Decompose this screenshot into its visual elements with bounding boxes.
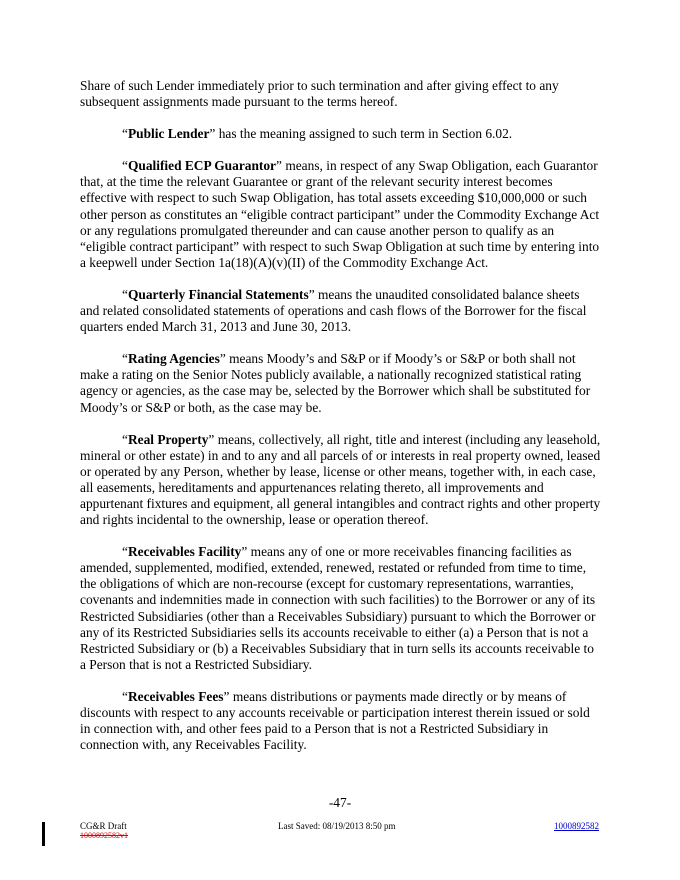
- definition-real-property: “Real Property” means, collectively, all…: [80, 432, 602, 529]
- page-footer: CG&R Draft 1000892582v1 Last Saved: 08/1…: [0, 821, 680, 861]
- definition-text: has the meaning assigned to such term in…: [215, 126, 512, 141]
- defined-term: Quarterly Financial Statements: [128, 287, 309, 302]
- definition-public-lender: “Public Lender” has the meaning assigned…: [80, 126, 602, 142]
- definition-receivables-facility: “Receivables Facility” means any of one …: [80, 544, 602, 673]
- definition-quarterly-financial-statements: “Quarterly Financial Statements” means t…: [80, 287, 602, 335]
- definition-text: means any of one or more receivables fin…: [80, 544, 595, 672]
- draft-label: CG&R Draft: [80, 821, 128, 831]
- definition-text: means, in respect of any Swap Obligation…: [80, 158, 599, 270]
- deleted-doc-id: 1000892582v1: [80, 831, 128, 841]
- definition-qualified-ecp-guarantor: “Qualified ECP Guarantor” means, in resp…: [80, 158, 602, 271]
- defined-term: Public Lender: [128, 126, 209, 141]
- page-number: -47-: [0, 795, 680, 811]
- defined-term: Qualified ECP Guarantor: [128, 158, 276, 173]
- last-saved-timestamp: Last Saved: 08/19/2013 8:50 pm: [278, 821, 396, 831]
- definition-receivables-fees: “Receivables Fees” means distributions o…: [80, 689, 602, 753]
- document-body: Share of such Lender immediately prior t…: [80, 78, 602, 769]
- defined-term: Rating Agencies: [128, 351, 220, 366]
- document-id-link[interactable]: 1000892582: [554, 821, 599, 831]
- paragraph-continuation: Share of such Lender immediately prior t…: [80, 78, 602, 110]
- footer-draft-label: CG&R Draft 1000892582v1: [80, 821, 128, 841]
- defined-term: Real Property: [128, 432, 208, 447]
- defined-term: Receivables Fees: [128, 689, 224, 704]
- paragraph-text: Share of such Lender immediately prior t…: [80, 78, 559, 109]
- definition-rating-agencies: “Rating Agencies” means Moody’s and S&P …: [80, 351, 602, 415]
- defined-term: Receivables Facility: [128, 544, 241, 559]
